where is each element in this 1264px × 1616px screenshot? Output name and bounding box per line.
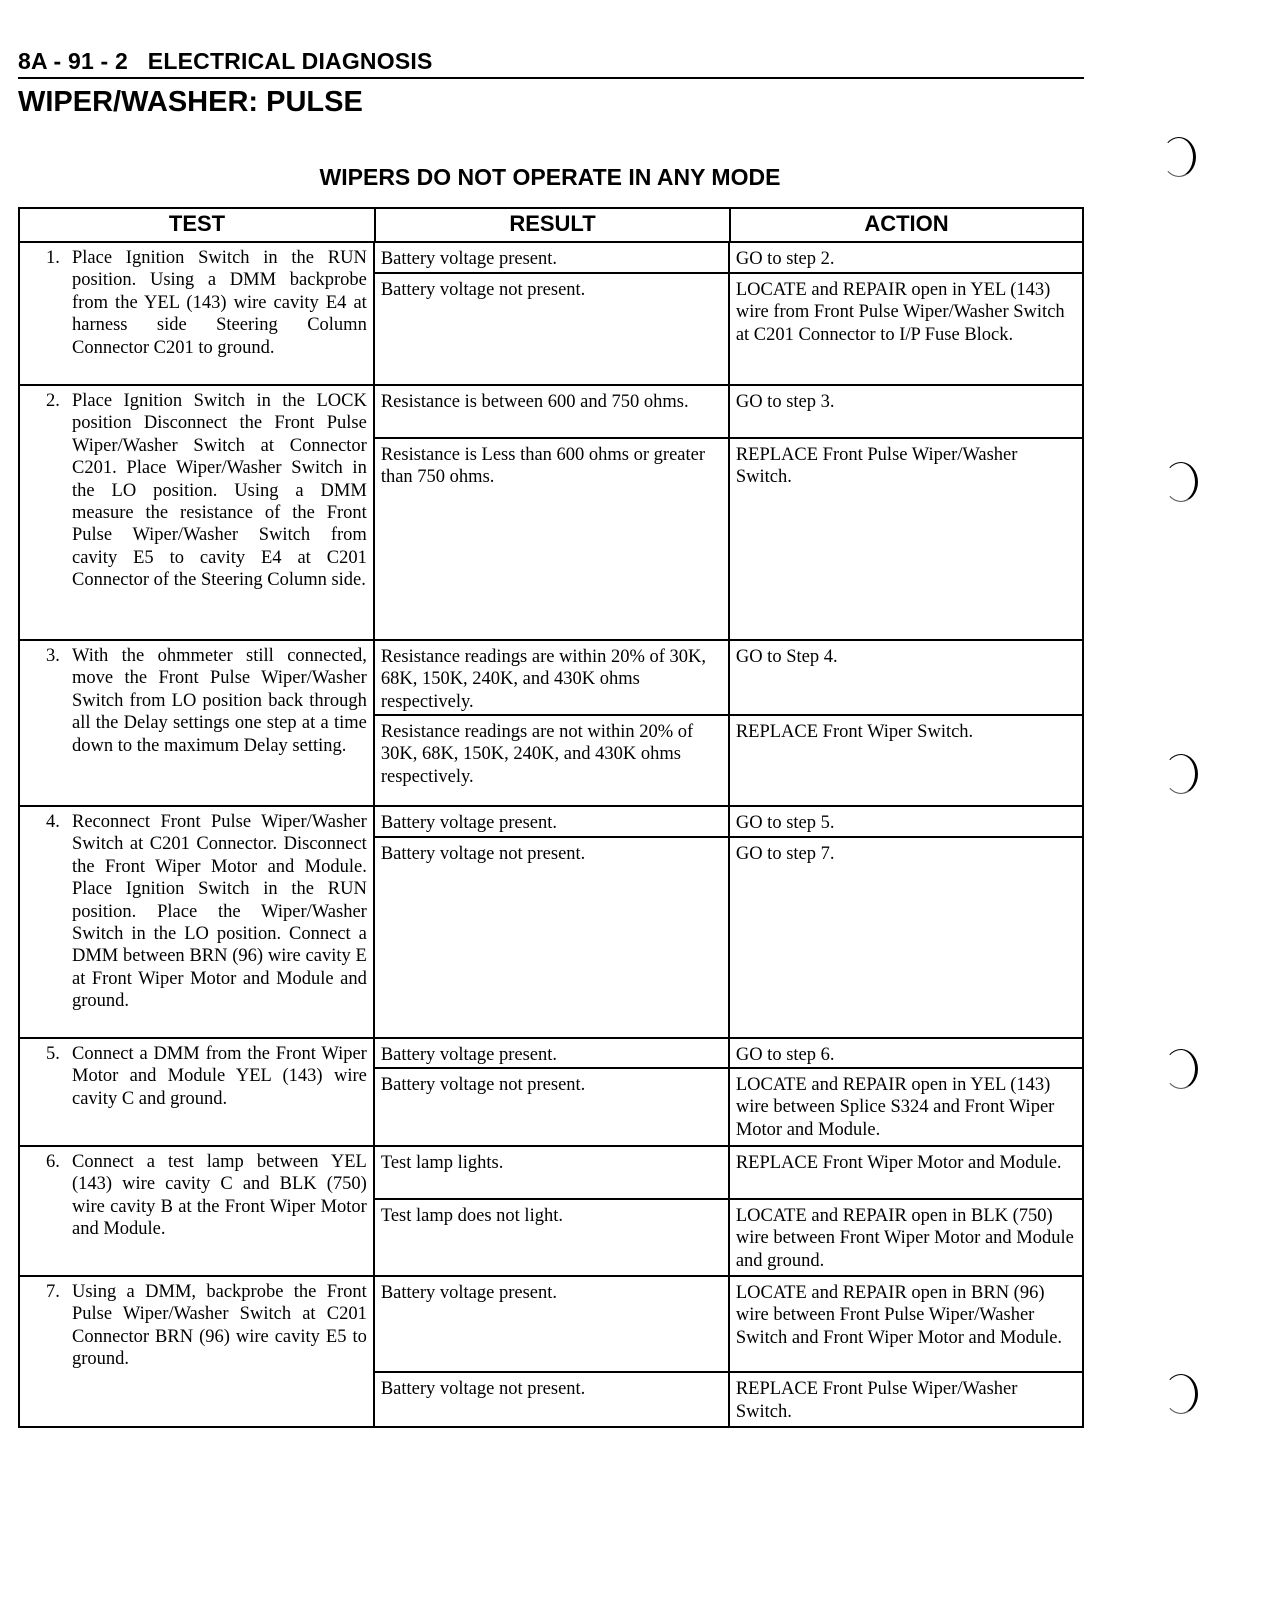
- result-cell: Resistance is Less than 600 ohms or grea…: [375, 439, 730, 639]
- action-cell: REPLACE Front Wiper Switch.: [730, 716, 1082, 805]
- action-cell: LOCATE and REPAIR open in YEL (143) wire…: [730, 274, 1082, 384]
- binder-hole-mark: [1164, 754, 1198, 794]
- outcome-row: Battery voltage present. LOCATE and REPA…: [375, 1277, 1082, 1373]
- outcome-row: Battery voltage not present. LOCATE and …: [375, 1069, 1082, 1145]
- action-cell: REPLACE Front Pulse Wiper/Washer Switch.: [730, 1373, 1082, 1426]
- outcomes: Battery voltage present. GO to step 6. B…: [375, 1039, 1082, 1145]
- table-row-step-5: 5. Connect a DMM from the Front Wiper Mo…: [20, 1039, 1082, 1147]
- table-row-step-7: 7. Using a DMM, backprobe the Front Puls…: [20, 1277, 1082, 1426]
- page-header: 8A - 91 - 2 ELECTRICAL DIAGNOSIS: [18, 48, 1084, 79]
- step-number: 1.: [46, 247, 60, 269]
- outcome-row: Resistance is between 600 and 750 ohms. …: [375, 386, 1082, 439]
- test-text: Connect a test lamp between YEL (143) wi…: [72, 1152, 367, 1239]
- action-cell: GO to step 6.: [730, 1039, 1082, 1067]
- result-cell: Battery voltage not present.: [375, 1069, 730, 1145]
- action-cell: REPLACE Front Pulse Wiper/Washer Switch.: [730, 439, 1082, 639]
- test-text: Reconnect Front Pulse Wiper/Washer Switc…: [72, 812, 367, 1011]
- table-row-step-2: 2. Place Ignition Switch in the LOCK pos…: [20, 386, 1082, 641]
- step-number: 7.: [46, 1281, 60, 1303]
- table-row-step-4: 4. Reconnect Front Pulse Wiper/Washer Sw…: [20, 807, 1082, 1039]
- outcome-row: Resistance readings are within 20% of 30…: [375, 641, 1082, 716]
- column-header-action: ACTION: [731, 209, 1082, 241]
- outcome-row: Test lamp lights. REPLACE Front Wiper Mo…: [375, 1147, 1082, 1200]
- action-cell: LOCATE and REPAIR open in YEL (143) wire…: [730, 1069, 1082, 1145]
- outcomes: Battery voltage present. GO to step 5. B…: [375, 807, 1082, 1037]
- action-cell: LOCATE and REPAIR open in BRN (96) wire …: [730, 1277, 1082, 1371]
- test-text: Place Ignition Switch in the LOCK positi…: [72, 391, 367, 590]
- test-cell: 1. Place Ignition Switch in the RUN posi…: [20, 243, 375, 384]
- result-cell: Battery voltage present.: [375, 807, 730, 836]
- column-header-result: RESULT: [376, 209, 731, 241]
- action-cell: GO to Step 4.: [730, 641, 1082, 714]
- outcome-row: Battery voltage present. GO to step 5.: [375, 807, 1082, 838]
- step-number: 5.: [46, 1043, 60, 1065]
- outcomes: Battery voltage present. GO to step 2. B…: [375, 243, 1082, 384]
- outcome-row: Battery voltage not present. GO to step …: [375, 838, 1082, 1037]
- test-text: Place Ignition Switch in the RUN positio…: [72, 248, 367, 358]
- binder-hole-mark: [1164, 1049, 1198, 1089]
- test-cell: 2. Place Ignition Switch in the LOCK pos…: [20, 386, 375, 639]
- result-cell: Battery voltage not present.: [375, 1373, 730, 1426]
- table-row-step-3: 3. With the ohmmeter still connected, mo…: [20, 641, 1082, 807]
- step-number: 2.: [46, 390, 60, 412]
- outcomes: Resistance readings are within 20% of 30…: [375, 641, 1082, 805]
- binder-hole-mark: [1162, 137, 1196, 177]
- binder-hole-mark: [1164, 1374, 1198, 1414]
- result-cell: Test lamp does not light.: [375, 1200, 730, 1275]
- outcome-row: Battery voltage not present. REPLACE Fro…: [375, 1373, 1082, 1426]
- outcomes: Resistance is between 600 and 750 ohms. …: [375, 386, 1082, 639]
- result-cell: Battery voltage present.: [375, 1277, 730, 1371]
- result-cell: Test lamp lights.: [375, 1147, 730, 1198]
- step-number: 3.: [46, 645, 60, 667]
- step-number: 6.: [46, 1151, 60, 1173]
- test-text: Using a DMM, backprobe the Front Pulse W…: [72, 1282, 367, 1369]
- test-text: Connect a DMM from the Front Wiper Motor…: [72, 1044, 367, 1109]
- outcome-row: Test lamp does not light. LOCATE and REP…: [375, 1200, 1082, 1275]
- result-cell: Battery voltage not present.: [375, 274, 730, 384]
- result-cell: Battery voltage present.: [375, 1039, 730, 1067]
- test-cell: 7. Using a DMM, backprobe the Front Puls…: [20, 1277, 375, 1426]
- section-name: ELECTRICAL DIAGNOSIS: [148, 48, 433, 74]
- column-header-test: TEST: [20, 209, 376, 241]
- table-title: WIPERS DO NOT OPERATE IN ANY MODE: [0, 164, 1100, 191]
- test-cell: 3. With the ohmmeter still connected, mo…: [20, 641, 375, 805]
- outcome-row: Battery voltage not present. LOCATE and …: [375, 274, 1082, 384]
- outcomes: Battery voltage present. LOCATE and REPA…: [375, 1277, 1082, 1426]
- action-cell: GO to step 3.: [730, 386, 1082, 437]
- action-cell: GO to step 5.: [730, 807, 1082, 836]
- test-text: With the ohmmeter still connected, move …: [72, 646, 367, 756]
- page-number: 8A - 91 - 2: [18, 48, 128, 74]
- result-cell: Battery voltage not present.: [375, 838, 730, 1037]
- test-cell: 6. Connect a test lamp between YEL (143)…: [20, 1147, 375, 1275]
- result-cell: Resistance readings are within 20% of 30…: [375, 641, 730, 714]
- outcome-row: Battery voltage present. GO to step 6.: [375, 1039, 1082, 1069]
- table-row-step-6: 6. Connect a test lamp between YEL (143)…: [20, 1147, 1082, 1277]
- result-cell: Battery voltage present.: [375, 243, 730, 272]
- outcome-row: Battery voltage present. GO to step 2.: [375, 243, 1082, 274]
- result-cell: Resistance is between 600 and 750 ohms.: [375, 386, 730, 437]
- table-row-step-1: 1. Place Ignition Switch in the RUN posi…: [20, 243, 1082, 386]
- action-cell: REPLACE Front Wiper Motor and Module.: [730, 1147, 1082, 1198]
- table-header-row: TEST RESULT ACTION: [20, 209, 1082, 243]
- section-title: WIPER/WASHER: PULSE: [18, 86, 363, 119]
- step-number: 4.: [46, 811, 60, 833]
- test-cell: 5. Connect a DMM from the Front Wiper Mo…: [20, 1039, 375, 1145]
- action-cell: LOCATE and REPAIR open in BLK (750) wire…: [730, 1200, 1082, 1275]
- outcomes: Test lamp lights. REPLACE Front Wiper Mo…: [375, 1147, 1082, 1275]
- result-cell: Resistance readings are not within 20% o…: [375, 716, 730, 805]
- action-cell: GO to step 7.: [730, 838, 1082, 1037]
- diagnosis-table: TEST RESULT ACTION 1. Place Ignition Swi…: [18, 207, 1084, 1428]
- binder-hole-mark: [1164, 462, 1198, 502]
- outcome-row: Resistance readings are not within 20% o…: [375, 716, 1082, 805]
- action-cell: GO to step 2.: [730, 243, 1082, 272]
- test-cell: 4. Reconnect Front Pulse Wiper/Washer Sw…: [20, 807, 375, 1037]
- outcome-row: Resistance is Less than 600 ohms or grea…: [375, 439, 1082, 639]
